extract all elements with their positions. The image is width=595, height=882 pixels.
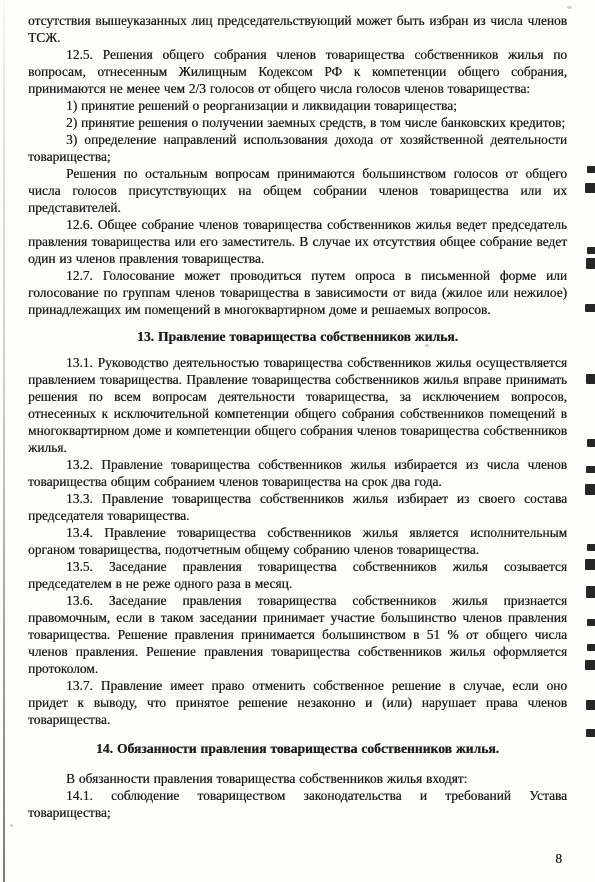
scan-artifact-mark: [586, 374, 595, 384]
paragraph: 13.4. Правление товарищества собственник…: [28, 524, 567, 558]
paragraph: 1) принятие решений о реорганизации и ли…: [28, 97, 567, 114]
document-page: отсутствия вышеуказанных лиц председател…: [0, 0, 595, 882]
section-heading: 13. Правление товарищества собственников…: [28, 328, 567, 345]
document-body: отсутствия вышеуказанных лиц председател…: [28, 12, 567, 821]
paragraph: 14.1. соблюдение товариществом законодат…: [28, 787, 567, 821]
paragraph: 3) определение направлений использования…: [28, 131, 567, 165]
scan-artifact-mark: [586, 729, 595, 737]
scan-artifact-mark: [585, 304, 595, 312]
scan-artifact-mark: [585, 660, 595, 670]
scan-artifact-mark: [586, 586, 595, 598]
paragraph: 12.7. Голосование может проводиться путе…: [28, 267, 567, 318]
paragraph: 13.5. Заседание правления товарищества с…: [28, 558, 567, 592]
paragraph: В обязанности правления товарищества соб…: [28, 770, 567, 787]
scan-speck: [10, 824, 13, 827]
paragraph: 13.2. Правление товарищества собственник…: [28, 456, 567, 490]
scan-artifact-mark: [587, 644, 595, 651]
scan-artifact-mark: [586, 700, 595, 710]
page-number: 8: [555, 851, 562, 867]
scan-artifact-mark: [587, 439, 595, 447]
paragraph: 13.1. Руководство деятельностью товарище…: [28, 354, 567, 456]
section-heading: 14. Обязанности правления товарищества с…: [28, 740, 567, 757]
scan-artifact-mark: [585, 183, 595, 193]
paragraph: 12.6. Общее собрание членов товарищества…: [28, 216, 567, 267]
paragraph: Решения по остальным вопросам принимаютс…: [28, 165, 567, 216]
scan-artifact-mark: [585, 559, 595, 570]
scan-speck: [425, 344, 429, 347]
scan-speck: [567, 6, 572, 9]
scan-artifact-mark: [586, 258, 595, 269]
scan-artifact-mark: [586, 466, 595, 473]
paragraph: отсутствия вышеуказанных лиц председател…: [28, 12, 567, 46]
scan-artifact-mark: [585, 484, 595, 495]
paragraph: 13.6. Заседание правления товарищества с…: [28, 592, 567, 677]
scan-artifact-mark: [587, 166, 595, 173]
scan-artifact-mark: [587, 247, 595, 254]
paragraph: 2) принятие решения о получении заемных …: [28, 114, 567, 131]
paragraph: 13.3. Правление товарищества собственник…: [28, 490, 567, 524]
scan-artifact-mark: [587, 544, 595, 551]
scan-artifact-mark: [587, 619, 595, 626]
paragraph: 12.5. Решения общего собрания членов тов…: [28, 46, 567, 97]
scan-edge-line: [3, 0, 5, 882]
paragraph: 13.7. Правление имеет право отменить соб…: [28, 677, 567, 728]
